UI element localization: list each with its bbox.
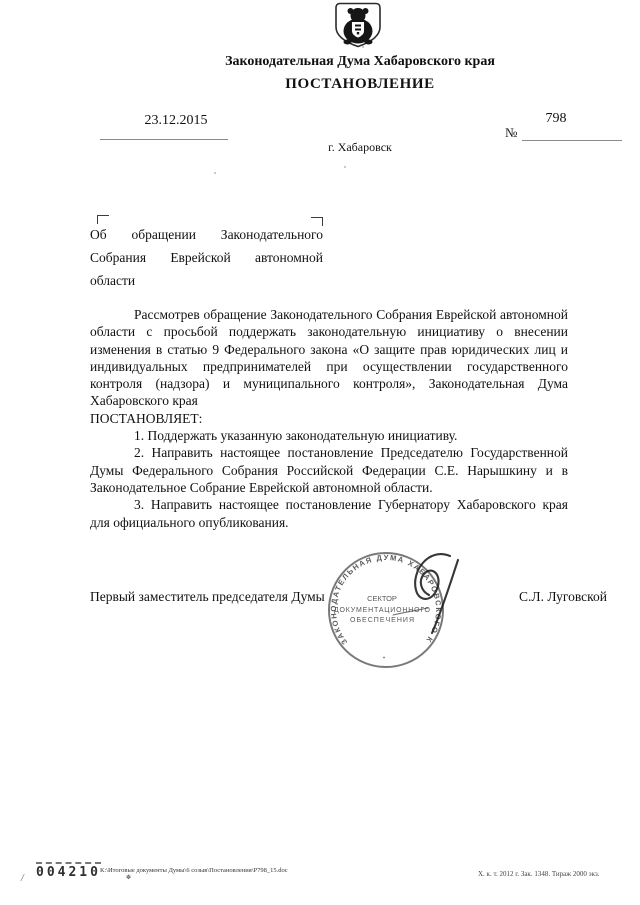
coat-of-arms-icon — [331, 1, 385, 49]
document-body: Рассмотрев обращение Законодательного Со… — [90, 306, 568, 531]
body-paragraph: Рассмотрев обращение Законодательного Со… — [90, 306, 568, 410]
document-number: 798 — [506, 111, 606, 127]
stamp-center-line-1: СЕКТОР — [367, 594, 397, 603]
document-subject: Об обращении Законодательного Собрания Е… — [90, 223, 323, 292]
scan-noise-dot — [214, 172, 216, 174]
scan-artifact-slash: / — [21, 873, 24, 884]
scan-noise-dot — [362, 46, 364, 48]
document-date: 23.12.2015 — [112, 113, 240, 129]
organization-name: Законодательная Дума Хабаровского края — [200, 54, 520, 70]
resolution-item-3: 3. Направить настоящее постановление Губ… — [90, 496, 568, 531]
date-underline — [100, 139, 228, 140]
scan-noise-dot — [344, 166, 346, 168]
resolves-label: ПОСТАНОВЛЯЕТ: — [90, 410, 568, 427]
stamp-bottom-mark: ٭ — [382, 655, 386, 661]
signer-name: С.Л. Луговской — [519, 589, 607, 605]
file-path-note: К:\Итоговые документы Думы\6 созыв\Поста… — [100, 867, 288, 874]
resolution-item-2: 2. Направить настоящее постановление Пре… — [90, 444, 568, 496]
round-stamp-and-signature: ЗАКОНОДАТЕЛЬНАЯ ДУМА ХАБАРОВСКОГО КРАЯ С… — [300, 538, 480, 688]
scanned-resolution-document: Законодательная Дума Хабаровского края П… — [0, 0, 640, 905]
stamped-registration-number: 004210 — [36, 862, 101, 880]
place-name: г. Хабаровск — [260, 140, 460, 155]
signer-position: Первый заместитель председателя Думы — [90, 589, 325, 605]
number-underline — [522, 140, 622, 141]
print-shop-info: Х. к. т. 2012 г. Зак. 1348. Тираж 2000 э… — [478, 870, 599, 878]
resolution-item-1: 1. Поддержать указанную законодательную … — [90, 427, 568, 444]
stamp-center-line-3: ОБЕСПЕЧЕНИЯ — [350, 617, 414, 624]
number-sign: № — [505, 125, 517, 141]
document-type-title: ПОСТАНОВЛЕНИЕ — [260, 76, 460, 93]
tiny-stamp-mark: ✽ — [126, 874, 131, 881]
